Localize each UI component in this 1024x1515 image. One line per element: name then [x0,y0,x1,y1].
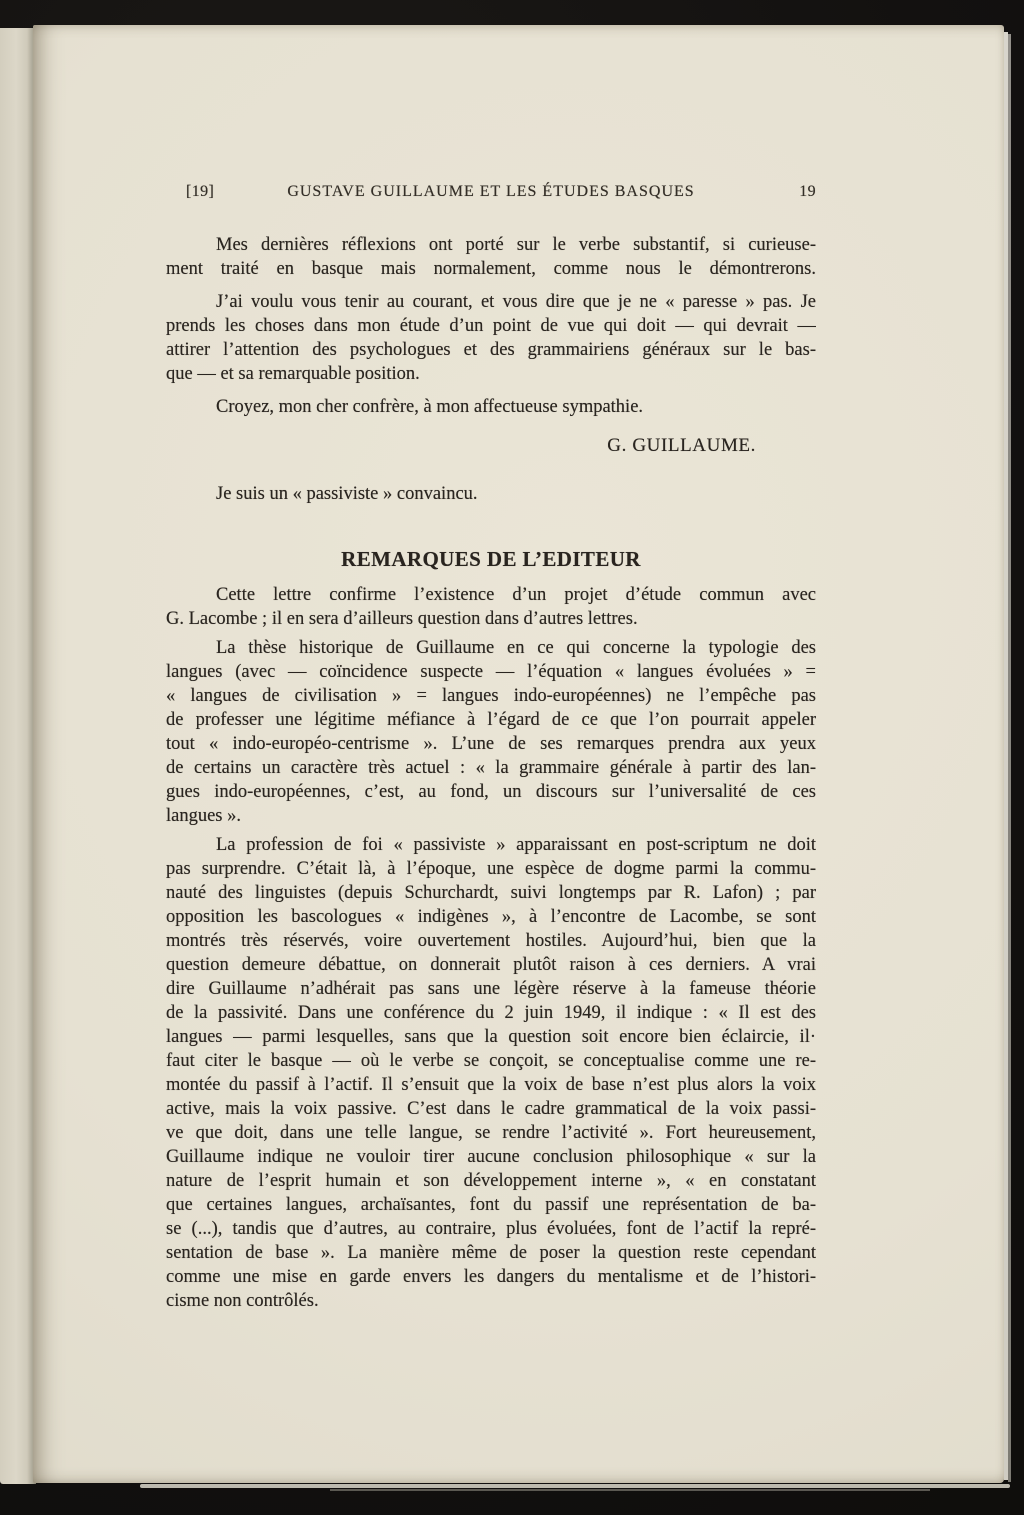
text-line: opposition les bascologues « indigènes »… [166,905,816,929]
text-line: faut citer le basque — où le verbe se co… [166,1049,816,1073]
text-line: La thèse historique de Guillaume en ce q… [166,636,816,660]
text-line: La profession de foi « passiviste » appa… [166,833,816,857]
letter-postscript: Je suis un « passiviste » convaincu. [166,482,816,506]
text-line: se (...), tandis que d’autres, au contra… [166,1217,816,1241]
header-left-marker: [19] [166,182,256,202]
book-page: [19] GUSTAVE GUILLAUME ET LES ÉTUDES BAS… [33,25,1004,1483]
text-line: J’ai voulu vous tenir au courant, et vou… [166,290,816,314]
text-line: tout « indo-européo-centrisme ». L’une d… [166,732,816,756]
header-title: GUSTAVE GUILLAUME ET LES ÉTUDES BASQUES [256,182,726,202]
text-line: montrés très réservés, voire ouvertement… [166,929,816,953]
text-line: G. Lacombe ; il en sera d’ailleurs quest… [166,607,816,631]
text-line: de la passivité. Dans une conférence du … [166,1001,816,1025]
text-line: de professer une légitime méfiance à l’é… [166,708,816,732]
text-line: langues (avec — coïncidence suspecte — l… [166,660,816,684]
text-line: sentation de base ». La manière même de … [166,1241,816,1265]
text-line: ment traité en basque mais normalement, … [166,257,816,281]
paragraph: J’ai voulu vous tenir au courant, et vou… [166,290,816,386]
text-line: attirer l’attention des psychologues et … [166,338,816,362]
text-line: langues ». [166,804,816,828]
text-line: ve que doit, dans une telle langue, se r… [166,1121,816,1145]
text-line: gues indo-européennes, c’est, au fond, u… [166,780,816,804]
text-line: langues — parmi lesquelles, sans que la … [166,1025,816,1049]
paragraph: Mes dernières réflexions ont porté sur l… [166,233,816,281]
text-line: question demeure débattue, on donnerait … [166,953,816,977]
text-line: Cette lettre confirme l’existence d’un p… [166,583,816,607]
editor-notes-heading: REMARQUES DE L’EDITEUR [166,548,816,570]
page-stack-edge-bottom [140,1484,1010,1488]
running-header: [19] GUSTAVE GUILLAUME ET LES ÉTUDES BAS… [166,182,816,202]
text-line: de certains un caractère très actuel : «… [166,756,816,780]
book-scan: [19] GUSTAVE GUILLAUME ET LES ÉTUDES BAS… [0,0,1024,1515]
text-line: active, mais la voix passive. C’est dans… [166,1097,816,1121]
text-line: prends les choses dans mon étude d’un po… [166,314,816,338]
text-line: Croyez, mon cher confrère, à mon affectu… [166,395,816,419]
letter-signature: G. GUILLAUME. [166,434,816,458]
editor-notes-body: Cette lettre confirme l’existence d’un p… [166,583,816,1313]
text-line: montée du passif à l’actif. Il s’ensuit … [166,1073,816,1097]
text-line: que — et sa remarquable position. [166,362,816,386]
text-line: comme une mise en garde envers les dange… [166,1265,816,1289]
paragraph: Cette lettre confirme l’existence d’un p… [166,583,816,631]
text-line: pas surprendre. C’était là, à l’époque, … [166,857,816,881]
paragraph: Croyez, mon cher confrère, à mon affectu… [166,395,816,419]
text-line: Mes dernières réflexions ont porté sur l… [166,233,816,257]
page-content: [19] GUSTAVE GUILLAUME ET LES ÉTUDES BAS… [166,25,816,1313]
letter-body: Mes dernières réflexions ont porté sur l… [166,233,816,419]
page-stack-edge-bottom-shadow [330,1489,930,1491]
text-line: nauté des linguistes (depuis Schurchardt… [166,881,816,905]
text-line: Guillaume indique ne vouloir tirer aucun… [166,1145,816,1169]
text-line: cisme non contrôlés. [166,1289,816,1313]
text-line: dire Guillaume n’adhérait pas sans une l… [166,977,816,1001]
paragraph: La profession de foi « passiviste » appa… [166,833,816,1313]
page-stack-edge-dark [1008,34,1011,1482]
facing-page-edge [0,28,36,1484]
text-line: nature de l’esprit humain et son dévelop… [166,1169,816,1193]
paragraph: La thèse historique de Guillaume en ce q… [166,636,816,828]
header-page-number: 19 [726,182,816,202]
text-line: « langues de civilisation » = langues in… [166,684,816,708]
text-line: que certaines langues, archaïsantes, fon… [166,1193,816,1217]
